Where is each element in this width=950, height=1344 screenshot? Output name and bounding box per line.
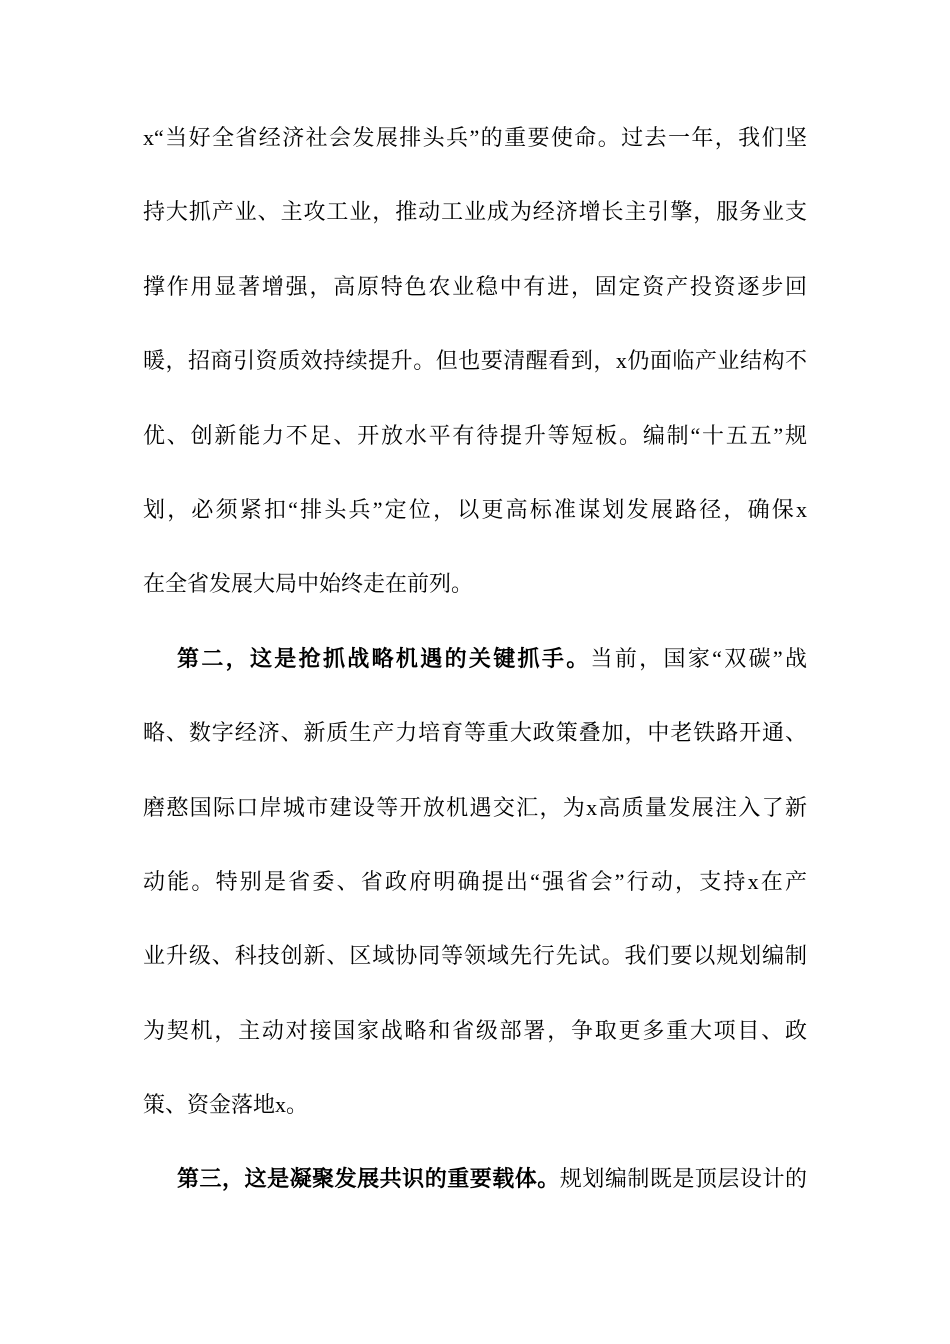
text-line: 为契机，主动对接国家战略和省级部署，争取更多重大项目、政: [143, 994, 807, 1068]
text-segment: 持大抓产业、主攻工业，推动工业成为经济增长主引擎，服务业支: [143, 199, 807, 224]
text-line: 持大抓产业、主攻工业，推动工业成为经济增长主引擎，服务业支: [143, 175, 807, 249]
text-line: 优、创新能力不足、开放水平有待提升等短板。编制“十五五”规: [143, 399, 807, 473]
document-text-block: x“当好全省经济社会发展排头兵”的重要使命。过去一年，我们坚持大抓产业、主攻工业…: [143, 101, 807, 1217]
text-segment: 磨憨国际口岸城市建设等开放机遇交汇，为x高质量发展注入了新: [143, 795, 807, 820]
text-line: 在全省发展大局中始终走在前列。: [143, 547, 807, 621]
text-line: 业升级、科技创新、区域协同等领域先行先试。我们要以规划编制: [143, 919, 807, 993]
text-line: 第三，这是凝聚发展共识的重要载体。规划编制既是顶层设计的: [143, 1142, 807, 1216]
bold-lead-text: 第二，这是抢抓战略机遇的关键抓手。: [177, 646, 591, 671]
text-segment: x“当好全省经济社会发展排头兵”的重要使命。过去一年，我们坚: [143, 125, 807, 150]
text-line: 磨憨国际口岸城市建设等开放机遇交汇，为x高质量发展注入了新: [143, 771, 807, 845]
text-segment: 优、创新能力不足、开放水平有待提升等短板。编制“十五五”规: [143, 423, 807, 448]
text-line: 暖，招商引资质效持续提升。但也要清醒看到，x仍面临产业结构不: [143, 324, 807, 398]
text-segment: 当前，国家“双碳”战: [591, 646, 807, 671]
text-segment: 划，必须紧扣“排头兵”定位，以更高标准谋划发展路径，确保x: [143, 497, 807, 522]
text-segment: 略、数字经济、新质生产力培育等重大政策叠加，中老铁路开通、: [143, 720, 807, 745]
text-segment: 在全省发展大局中始终走在前列。: [143, 571, 473, 596]
text-segment: 为契机，主动对接国家战略和省级部署，争取更多重大项目、政: [143, 1018, 807, 1043]
text-line: 第二，这是抢抓战略机遇的关键抓手。当前，国家“双碳”战: [143, 622, 807, 696]
text-line: 略、数字经济、新质生产力培育等重大政策叠加，中老铁路开通、: [143, 696, 807, 770]
text-line: 策、资金落地x。: [143, 1068, 807, 1142]
text-line: 撑作用显著增强，高原特色农业稳中有进，固定资产投资逐步回: [143, 250, 807, 324]
document-page: x“当好全省经济社会发展排头兵”的重要使命。过去一年，我们坚持大抓产业、主攻工业…: [0, 0, 950, 1344]
text-segment: 策、资金落地x。: [143, 1092, 308, 1117]
bold-lead-text: 第三，这是凝聚发展共识的重要载体。: [177, 1166, 560, 1191]
text-segment: 暖，招商引资质效持续提升。但也要清醒看到，x仍面临产业结构不: [143, 348, 807, 373]
text-segment: 撑作用显著增强，高原特色农业稳中有进，固定资产投资逐步回: [143, 274, 807, 299]
text-line: x“当好全省经济社会发展排头兵”的重要使命。过去一年，我们坚: [143, 101, 807, 175]
text-line: 划，必须紧扣“排头兵”定位，以更高标准谋划发展路径，确保x: [143, 473, 807, 547]
text-line: 动能。特别是省委、省政府明确提出“强省会”行动，支持x在产: [143, 845, 807, 919]
text-segment: 规划编制既是顶层设计的: [560, 1166, 807, 1191]
text-segment: 业升级、科技创新、区域协同等领域先行先试。我们要以规划编制: [143, 943, 807, 968]
text-segment: 动能。特别是省委、省政府明确提出“强省会”行动，支持x在产: [143, 869, 807, 894]
